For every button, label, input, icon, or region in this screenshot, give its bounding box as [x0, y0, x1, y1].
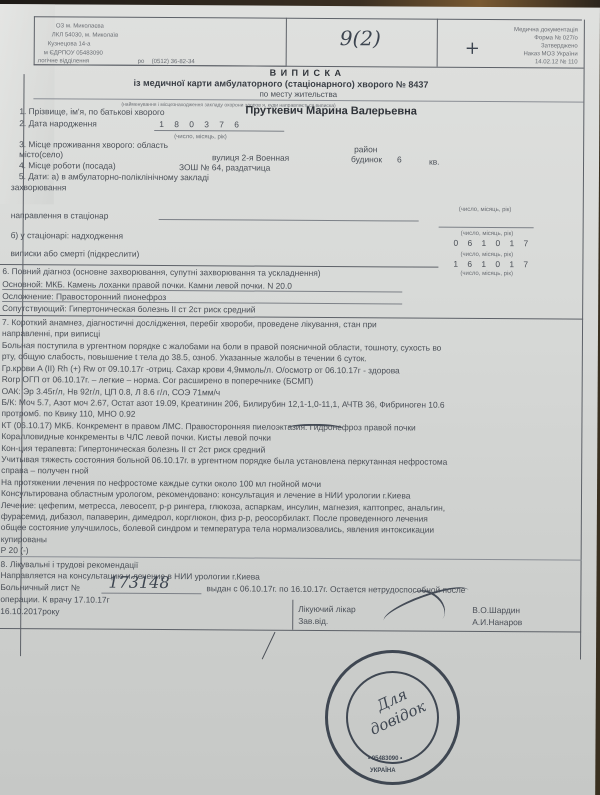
dob-label: 2. Дата народження — [19, 118, 97, 128]
date-digit: 0 — [495, 259, 500, 269]
anamnesis-line: общее состояние улучшилось, болевой синд… — [1, 522, 434, 535]
sick-leave-label: Больничный лист № — [0, 582, 79, 592]
dob-digit: 8 — [174, 119, 179, 129]
document-date: 16.10.2017року — [0, 606, 59, 616]
anamnesis-line: Р 20 (-) — [1, 545, 29, 555]
head-label: Зав.від. — [298, 616, 328, 626]
district-label: район — [354, 144, 377, 154]
date-digit: 7 — [524, 238, 529, 248]
dob-digit: 3 — [204, 119, 209, 129]
date-digit: 6 — [468, 238, 473, 248]
signature-box-border — [292, 600, 293, 630]
form-right-border — [580, 20, 585, 660]
anamnesis-line: справа – получен гной — [1, 465, 88, 476]
anamnesis-line: купированы — [1, 534, 47, 544]
destination: по месту жительства — [259, 90, 337, 100]
doctor-label: Лікуючий лікар — [298, 604, 355, 614]
document-subtitle: із медичної карти амбулаторного (стаціон… — [133, 78, 428, 90]
house-value: 6 — [397, 154, 402, 164]
date-digit: 6 — [467, 259, 472, 269]
dob-hint: (число, місяць, рік) — [174, 132, 227, 142]
anamnesis-line: Гр.крови A (II) Rh (+) Rw от 09.10.17г -… — [2, 363, 400, 375]
anamnesis-line: На протяжении лечения по нефростоме кажд… — [1, 477, 321, 489]
anamnesis-line: Больная поступила в ургентном порядке с … — [2, 340, 442, 353]
diagnosis-label: 6. Повний діагноз (основне захворювання,… — [2, 266, 320, 278]
date-digit: 1 — [510, 238, 515, 248]
house-label: будинок — [351, 154, 382, 164]
street-value: вулиця 2-я Военная — [212, 152, 289, 162]
referral-label: направлення в стаціонар — [11, 210, 109, 221]
date-digit: 1 — [482, 238, 487, 248]
diagnosis-concomitant: Сопутствующий: Гипертоническая болезнь I… — [2, 303, 255, 315]
date-digit: 1 — [509, 259, 514, 269]
date-digit: 0 — [496, 238, 501, 248]
anamnesis-line: Консультирована областным урологом, реко… — [1, 488, 410, 501]
date-digit: 0 — [454, 238, 459, 248]
anamnesis-line: ОАК: Эр 3.45г/л, Нв 92г/л, ЦП 0.8, Л 8.6… — [2, 386, 221, 397]
date-digit: 1 — [453, 259, 458, 269]
stamp-ring-text: УКРАЇНА — [370, 768, 396, 774]
sick-leave-underline — [101, 593, 201, 595]
anamnesis-line: Лечение: цефепим, метресса, левосепт, р-… — [1, 500, 445, 513]
recommendations-label: 8. Лікувальні і трудові рекомендації — [1, 559, 139, 570]
city-label: місто(село) — [19, 149, 63, 159]
apartment-label: кв. — [429, 157, 440, 167]
handwritten-number: 9(2) — [340, 26, 381, 50]
sick-leave-number: 173148 — [108, 573, 169, 592]
stamp-ring-text: • 05483090 • — [368, 756, 402, 762]
work-value: ЗОШ № 64, раздатчица — [179, 162, 270, 173]
dob-digit: 1 — [159, 119, 164, 129]
date-hint: (число, місяць, рік) — [460, 269, 513, 279]
name-label: 1. Прізвище, ім'я, по батькові хворого — [19, 106, 164, 117]
discharge-label: виписки або смерті (підкреслити) — [10, 248, 139, 259]
handwritten-plus: + — [465, 38, 480, 59]
head-name: А.И.Нанаров — [472, 617, 522, 627]
anamnesis-line: рту, общую слабость, повышение t тела до… — [2, 351, 367, 363]
anamnesis-line: фурасемид, дибазол, папаверин, димедрол,… — [1, 511, 428, 524]
pen-mark — [262, 632, 276, 660]
dates-label: 5. Дати: а) в амбулаторно-поліклінічному… — [19, 171, 209, 182]
date-digit: 1 — [481, 259, 486, 269]
anamnesis-line: Б/К: Моч 5.7, Азот моч 2.67, Остат азот … — [2, 397, 445, 410]
anamnesis-line: Кон-ция терапевта: Гипертоническая болез… — [1, 443, 265, 455]
form-bottom-rule — [0, 628, 581, 633]
anamnesis-line: Rогр ОГП от 06.10.17г. – легкие – норма.… — [2, 374, 313, 386]
recommendation-line: операции. К врачу 17.10.17г — [0, 594, 109, 605]
illness-label: захворювання — [11, 182, 66, 192]
anamnesis-label: направленні, при виписці — [2, 328, 100, 339]
dob-digit: 0 — [189, 119, 194, 129]
doctor-name: В.О.Шардин — [472, 605, 520, 615]
anamnesis-line: КТ (06.10.17) МКБ. Конкремент в правом Л… — [1, 420, 415, 433]
header-divider — [286, 18, 287, 66]
anamnesis-line: протромб. по Квику 110, МНО 0.92 — [1, 408, 135, 419]
referral-underline — [159, 219, 419, 222]
official-stamp: Для довідок • 05483090 • УКРАЇНА — [325, 650, 460, 785]
discharge-document: ОЗ м. Миколаєва ЛКЛ 54030, м. Миколаїв К… — [0, 4, 600, 795]
admission-label: б) у стаціонарі: надходження — [11, 230, 124, 241]
form-info-line: 14.02.12 № 110 — [490, 57, 578, 68]
date-hint: (число, місяць, рік) — [459, 205, 512, 215]
dob-digit: 7 — [219, 119, 224, 129]
document-title: В И П И С К А — [270, 68, 342, 78]
anamnesis-line: Коралловидные конкременты в ЧЛС левой по… — [1, 431, 271, 443]
patient-name: Пруткевич Марина Валерьевна — [245, 106, 417, 117]
date-digit: 7 — [523, 259, 528, 269]
work-label: 4. Місце роботи (посада) — [19, 160, 116, 171]
dob-digit: 6 — [234, 119, 239, 129]
